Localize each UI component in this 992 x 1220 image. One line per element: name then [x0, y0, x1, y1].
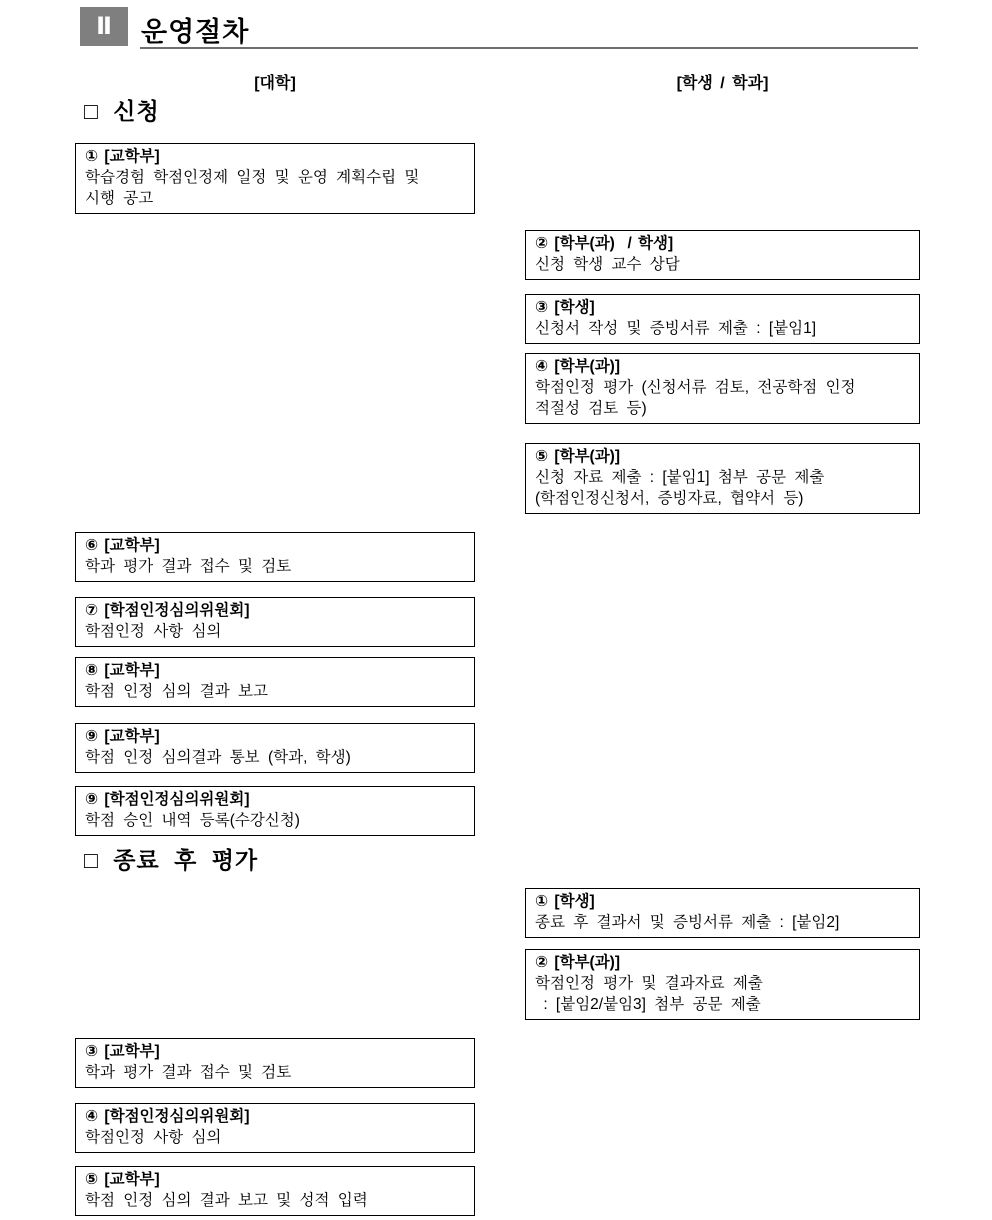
procedure-box-apply-1: ① [교학부] 학습경험 학점인정제 일정 및 운영 계획수립 및 시행 공고	[75, 143, 475, 214]
procedure-box-body: 학과 평가 결과 접수 및 검토	[85, 556, 465, 577]
procedure-box-body: 학점 인정 심의 결과 보고	[85, 681, 465, 702]
procedure-box-body: 학점인정 사항 심의	[85, 1127, 465, 1148]
procedure-box-apply-9: ⑨ [교학부] 학점 인정 심의결과 통보 (학과, 학생)	[75, 723, 475, 773]
procedure-box-title: ⑤ [교학부]	[85, 1169, 465, 1190]
procedure-box-eval-1: ① [학생] 종료 후 결과서 및 증빙서류 제출 : [붙임2]	[525, 888, 920, 938]
procedure-box-body: 신청 학생 교수 상담	[535, 254, 910, 275]
procedure-box-body: 학점 승인 내역 등록(수강신청)	[85, 810, 465, 831]
document-page: Ⅱ 운영절차 [대학] [학생 / 학과] □ 신청 □ 종료 후 평가 ① […	[0, 0, 992, 1220]
section-number-badge: Ⅱ	[80, 7, 128, 46]
procedure-box-eval-2: ② [학부(과)] 학점인정 평가 및 결과자료 제출 : [붙임2/붙임3] …	[525, 949, 920, 1020]
procedure-box-title: ④ [학점인정심의위원회]	[85, 1106, 465, 1127]
procedure-box-apply-7: ⑦ [학점인정심의위원회] 학점인정 사항 심의	[75, 597, 475, 647]
procedure-box-eval-4: ④ [학점인정심의위원회] 학점인정 사항 심의	[75, 1103, 475, 1153]
procedure-box-body: 학습경험 학점인정제 일정 및 운영 계획수립 및 시행 공고	[85, 167, 465, 209]
procedure-box-title: ⑤ [학부(과)]	[535, 446, 910, 467]
procedure-box-eval-3: ③ [교학부] 학과 평가 결과 접수 및 검토	[75, 1038, 475, 1088]
column-label-university: [대학]	[75, 70, 475, 93]
procedure-box-body: 학과 평가 결과 접수 및 검토	[85, 1062, 465, 1083]
procedure-box-title: ⑨ [교학부]	[85, 726, 465, 747]
procedure-box-apply-6: ⑥ [교학부] 학과 평가 결과 접수 및 검토	[75, 532, 475, 582]
procedure-box-title: ① [학생]	[535, 891, 910, 912]
procedure-box-title: ② [학부(과) / 학생]	[535, 233, 910, 254]
page-title: 운영절차	[141, 10, 249, 49]
procedure-box-apply-3: ③ [학생] 신청서 작성 및 증빙서류 제출 : [붙임1]	[525, 294, 920, 344]
procedure-box-body: 종료 후 결과서 및 증빙서류 제출 : [붙임2]	[535, 912, 910, 933]
procedure-box-eval-5: ⑤ [교학부] 학점 인정 심의 결과 보고 및 성적 입력	[75, 1166, 475, 1216]
procedure-box-body: 학점인정 사항 심의	[85, 621, 465, 642]
procedure-box-title: ② [학부(과)]	[535, 952, 910, 973]
section-heading-post-evaluation: □ 종료 후 평가	[84, 842, 258, 875]
title-underline	[140, 47, 918, 49]
procedure-box-title: ① [교학부]	[85, 146, 465, 167]
procedure-box-title: ④ [학부(과)]	[535, 356, 910, 377]
procedure-box-apply-5: ⑤ [학부(과)] 신청 자료 제출 : [붙임1] 첨부 공문 제출 (학점인…	[525, 443, 920, 514]
procedure-box-title: ⑧ [교학부]	[85, 660, 465, 681]
procedure-box-title: ⑥ [교학부]	[85, 535, 465, 556]
procedure-box-title: ⑨ [학점인정심의위원회]	[85, 789, 465, 810]
procedure-box-apply-8: ⑧ [교학부] 학점 인정 심의 결과 보고	[75, 657, 475, 707]
section-heading-apply: □ 신청	[84, 93, 160, 126]
column-label-student-dept: [학생 / 학과]	[525, 70, 920, 93]
procedure-box-title: ③ [학생]	[535, 297, 910, 318]
procedure-box-title: ⑦ [학점인정심의위원회]	[85, 600, 465, 621]
procedure-box-body: 학점 인정 심의결과 통보 (학과, 학생)	[85, 747, 465, 768]
procedure-box-body: 학점인정 평가 및 결과자료 제출 : [붙임2/붙임3] 첨부 공문 제출	[535, 973, 910, 1015]
procedure-box-apply-2: ② [학부(과) / 학생] 신청 학생 교수 상담	[525, 230, 920, 280]
procedure-box-body: 신청서 작성 및 증빙서류 제출 : [붙임1]	[535, 318, 910, 339]
procedure-box-title: ③ [교학부]	[85, 1041, 465, 1062]
procedure-box-body: 학점인정 평가 (신청서류 검토, 전공학점 인정 적절성 검토 등)	[535, 377, 910, 419]
procedure-box-body: 신청 자료 제출 : [붙임1] 첨부 공문 제출 (학점인정신청서, 증빙자료…	[535, 467, 910, 509]
procedure-box-body: 학점 인정 심의 결과 보고 및 성적 입력	[85, 1190, 465, 1211]
procedure-box-apply-4: ④ [학부(과)] 학점인정 평가 (신청서류 검토, 전공학점 인정 적절성 …	[525, 353, 920, 424]
procedure-box-apply-10: ⑨ [학점인정심의위원회] 학점 승인 내역 등록(수강신청)	[75, 786, 475, 836]
